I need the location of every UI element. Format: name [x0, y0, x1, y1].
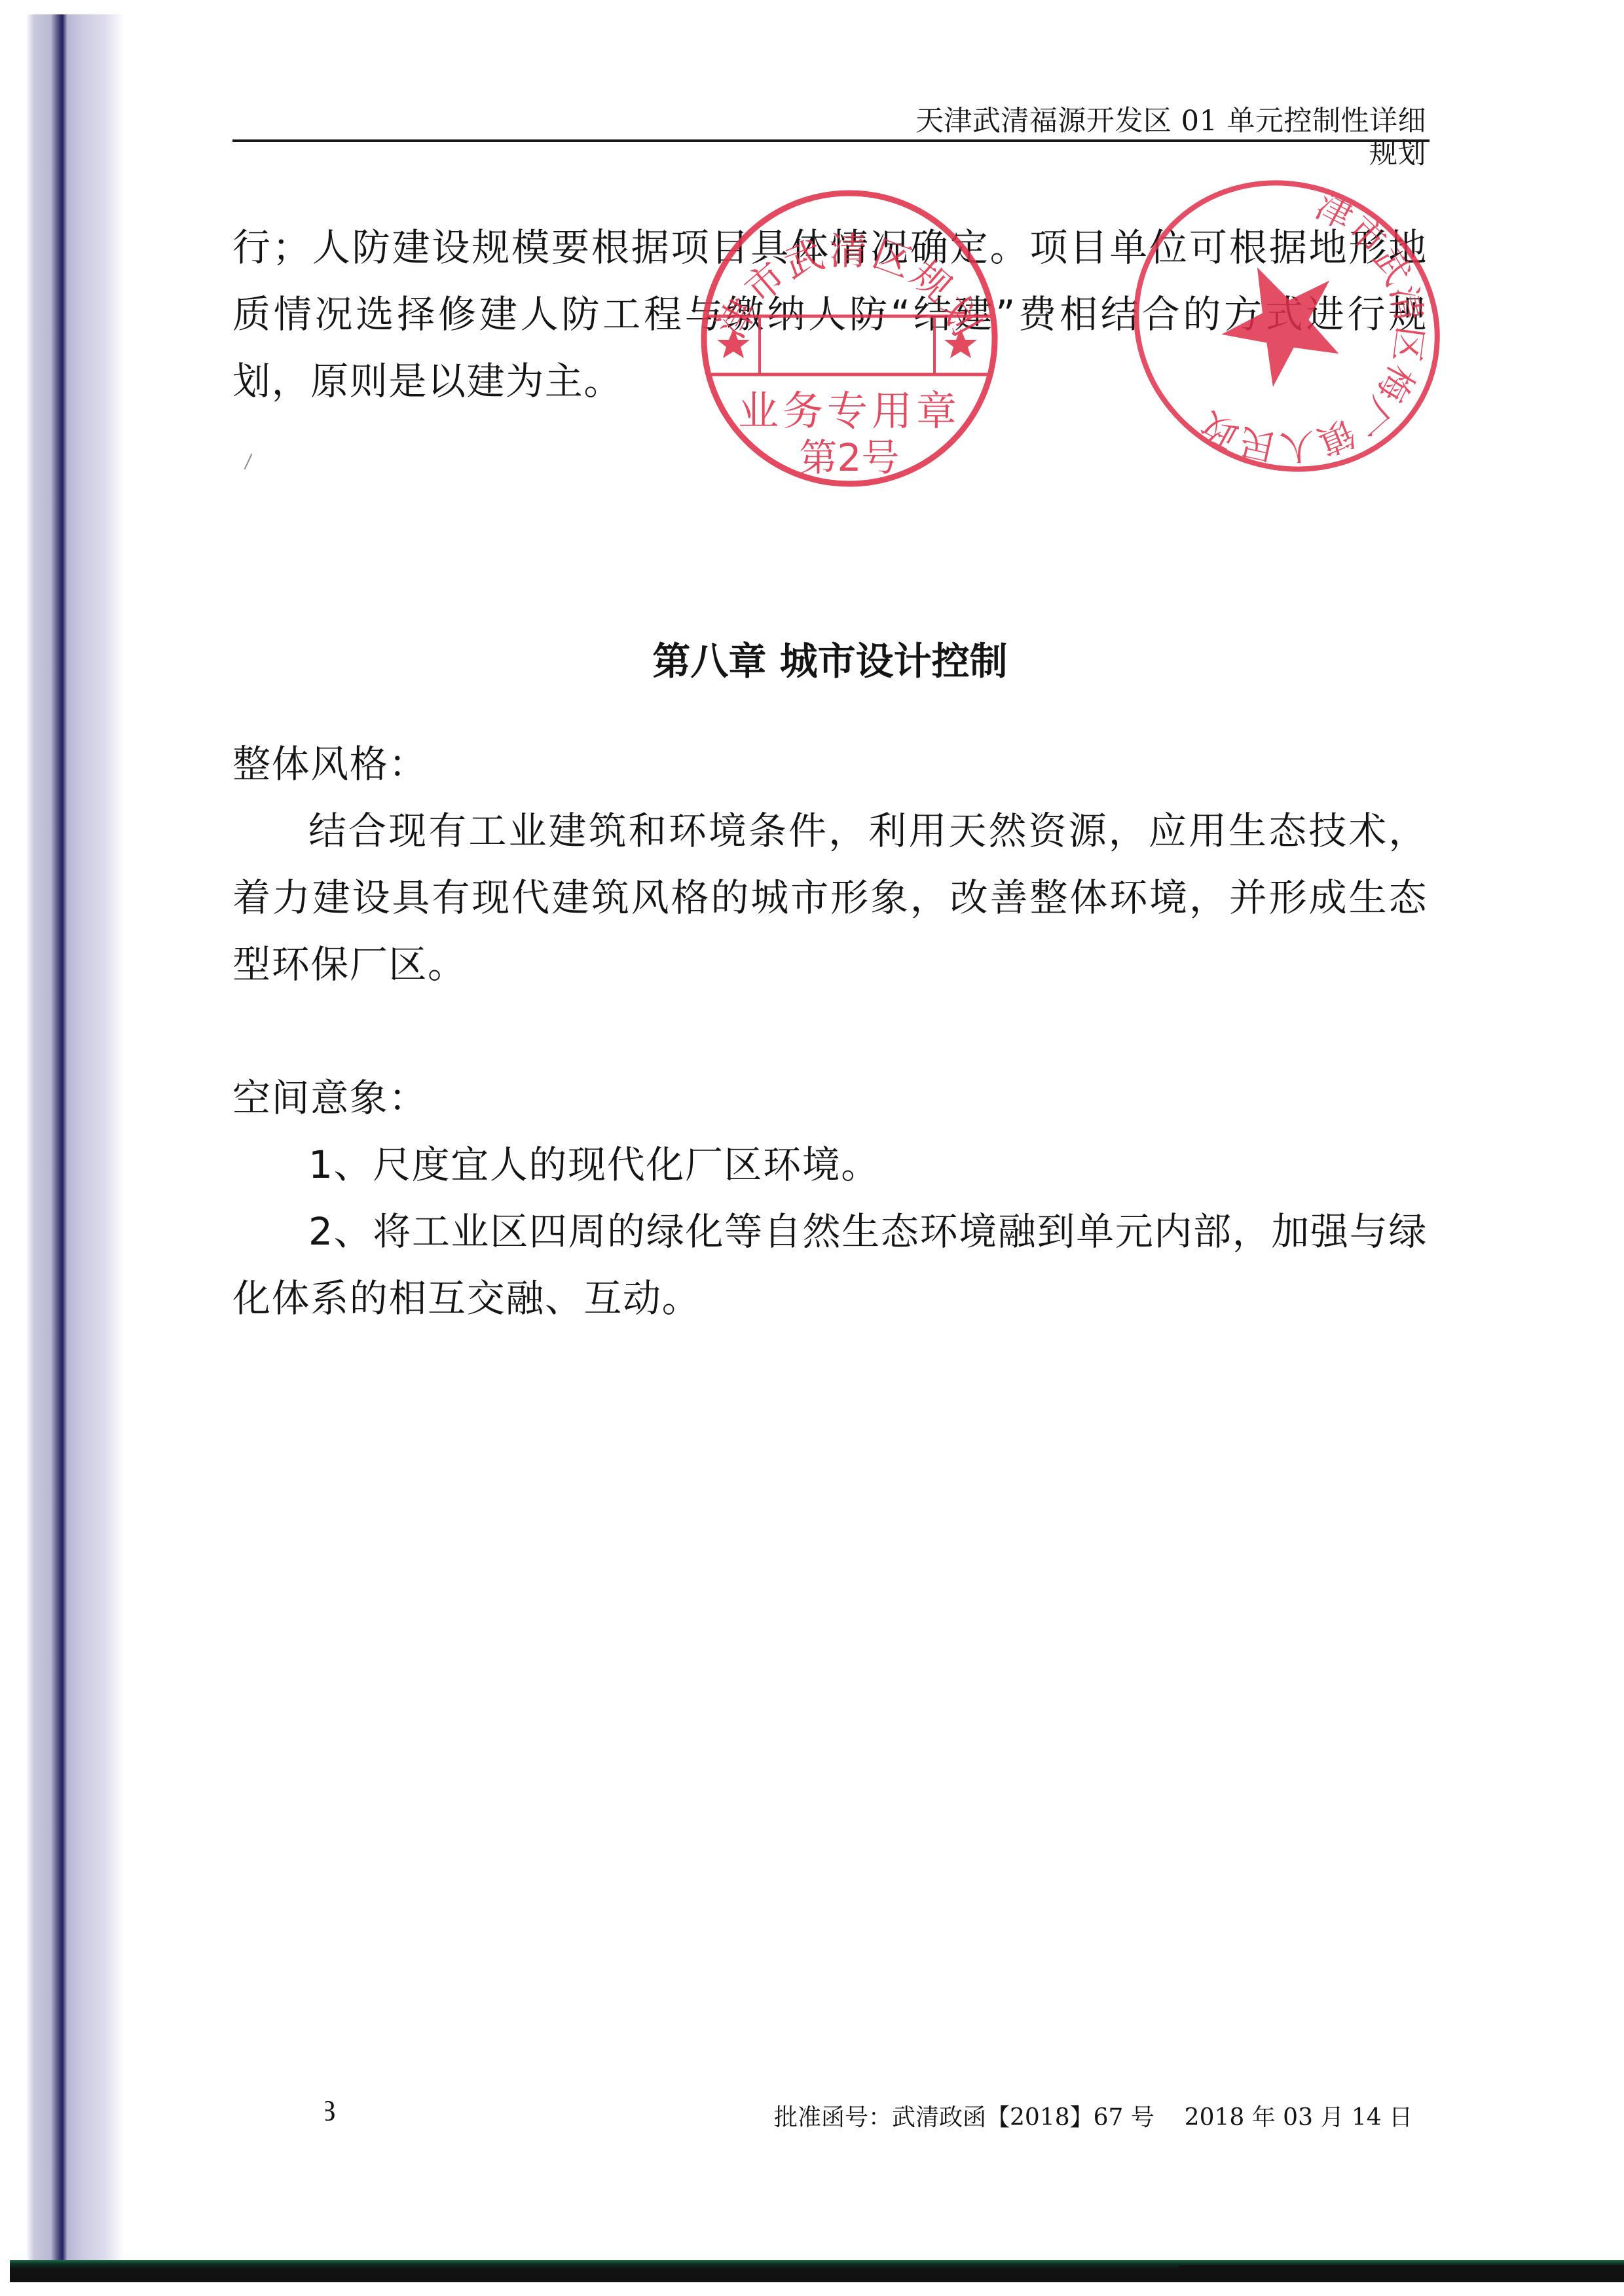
svg-text:业务专用章: 业务专用章 — [738, 387, 961, 435]
official-seal-planning-bureau: 天津市武清区规划局 业务专用章 第2号 — [699, 188, 1000, 489]
page-number: 8 — [320, 2099, 336, 2125]
spacer — [1154, 2104, 1185, 2131]
scan-bottom-edge-right — [1179, 2265, 1624, 2282]
section-heading: 整体风格： — [232, 731, 1428, 797]
svg-text:天津市武清区梅厂镇人民政府: 天津市武清区梅厂镇人民政府 — [1193, 169, 1531, 543]
approval-label: 批准函号： — [774, 2104, 892, 2131]
official-seal-town-government: 天津市武清区梅厂镇人民政府 — [1080, 125, 1493, 527]
svg-text:第2号: 第2号 — [800, 435, 900, 480]
running-header-title: 天津武清福源开发区 01 单元控制性详细规划 — [902, 105, 1426, 170]
list-item: 1、尺度宜人的现代化厂区环境。 — [232, 1131, 1428, 1198]
chapter-title: 第八章 城市设计控制 — [232, 632, 1428, 691]
approval-date: 2018 年 03 月 14 日 — [1185, 2104, 1412, 2131]
scan-binding-shadow — [26, 14, 124, 2267]
seal-icon: 天津市武清区规划局 业务专用章 第2号 — [699, 188, 1000, 489]
list-item: 2、将工业区四周的绿化等自然生态环境融到单元内部，加强与绿化体系的相互交融、互动… — [232, 1198, 1428, 1332]
section-heading: 空间意象： — [232, 1065, 1428, 1131]
approval-info: 批准函号：武清政函【2018】67 号 2018 年 03 月 14 日 — [774, 2104, 1412, 2132]
section-overall-style: 整体风格： 结合现有工业建筑和环境条件，利用天然资源，应用生态技术，着力建设具有… — [232, 731, 1428, 998]
approval-number: 武清政函【2018】67 号 — [892, 2104, 1154, 2131]
section-spatial-imagery: 空间意象： 1、尺度宜人的现代化厂区环境。 2、将工业区四周的绿化等自然生态环境… — [232, 1065, 1428, 1332]
stray-scan-mark — [244, 454, 253, 469]
header-rule — [232, 139, 1430, 142]
seal-icon: 天津市武清区梅厂镇人民政府 — [1080, 125, 1493, 527]
section-paragraph: 结合现有工业建筑和环境条件，利用天然资源，应用生态技术，着力建设具有现代建筑风格… — [232, 797, 1428, 998]
